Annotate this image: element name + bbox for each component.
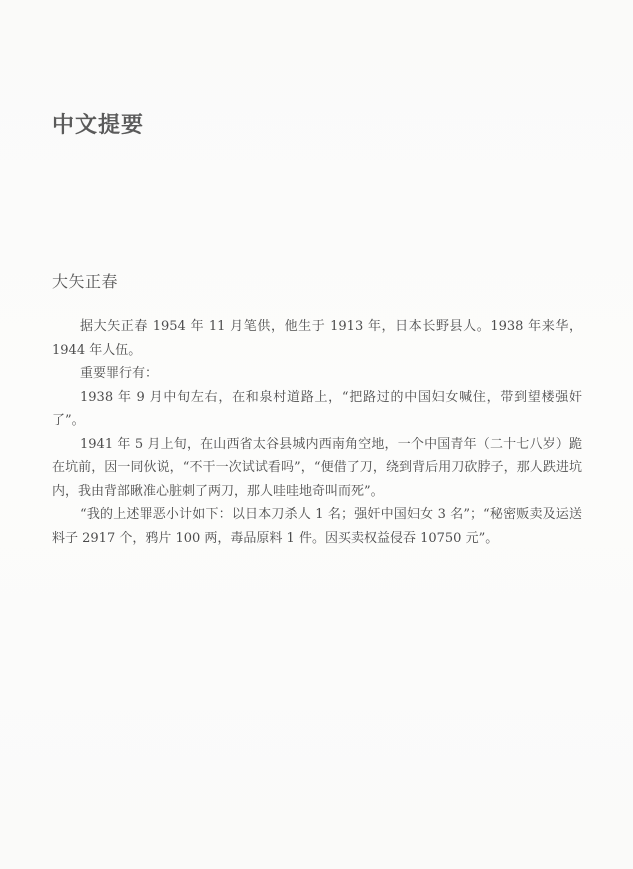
document-page: 中文提要 大矢正春 据大矢正春 1954 年 11 月笔供，他生于 1913 年… [0, 0, 633, 869]
paragraph-1938: 1938 年 9 月中旬左右，在和泉村道路上，“把路过的中国妇女喊住，带到望楼强… [52, 386, 582, 433]
paragraph-crimes-label: 重要罪行有： [52, 362, 582, 386]
paragraph-1941: 1941 年 5 月上旬，在山西省太谷县城内西南角空地，一个中国青年（二十七八岁… [52, 433, 582, 504]
paragraph-summary: “我的上述罪恶小计如下：以日本刀杀人 1 名；强奸中国妇女 3 名”；“秘密贩卖… [52, 503, 582, 550]
section-heading: 大矢正春 [52, 269, 118, 292]
page-title: 中文提要 [52, 108, 144, 139]
section-body: 据大矢正春 1954 年 11 月笔供，他生于 1913 年，日本长野县人。19… [52, 315, 582, 550]
paragraph-intro: 据大矢正春 1954 年 11 月笔供，他生于 1913 年，日本长野县人。19… [52, 315, 582, 362]
